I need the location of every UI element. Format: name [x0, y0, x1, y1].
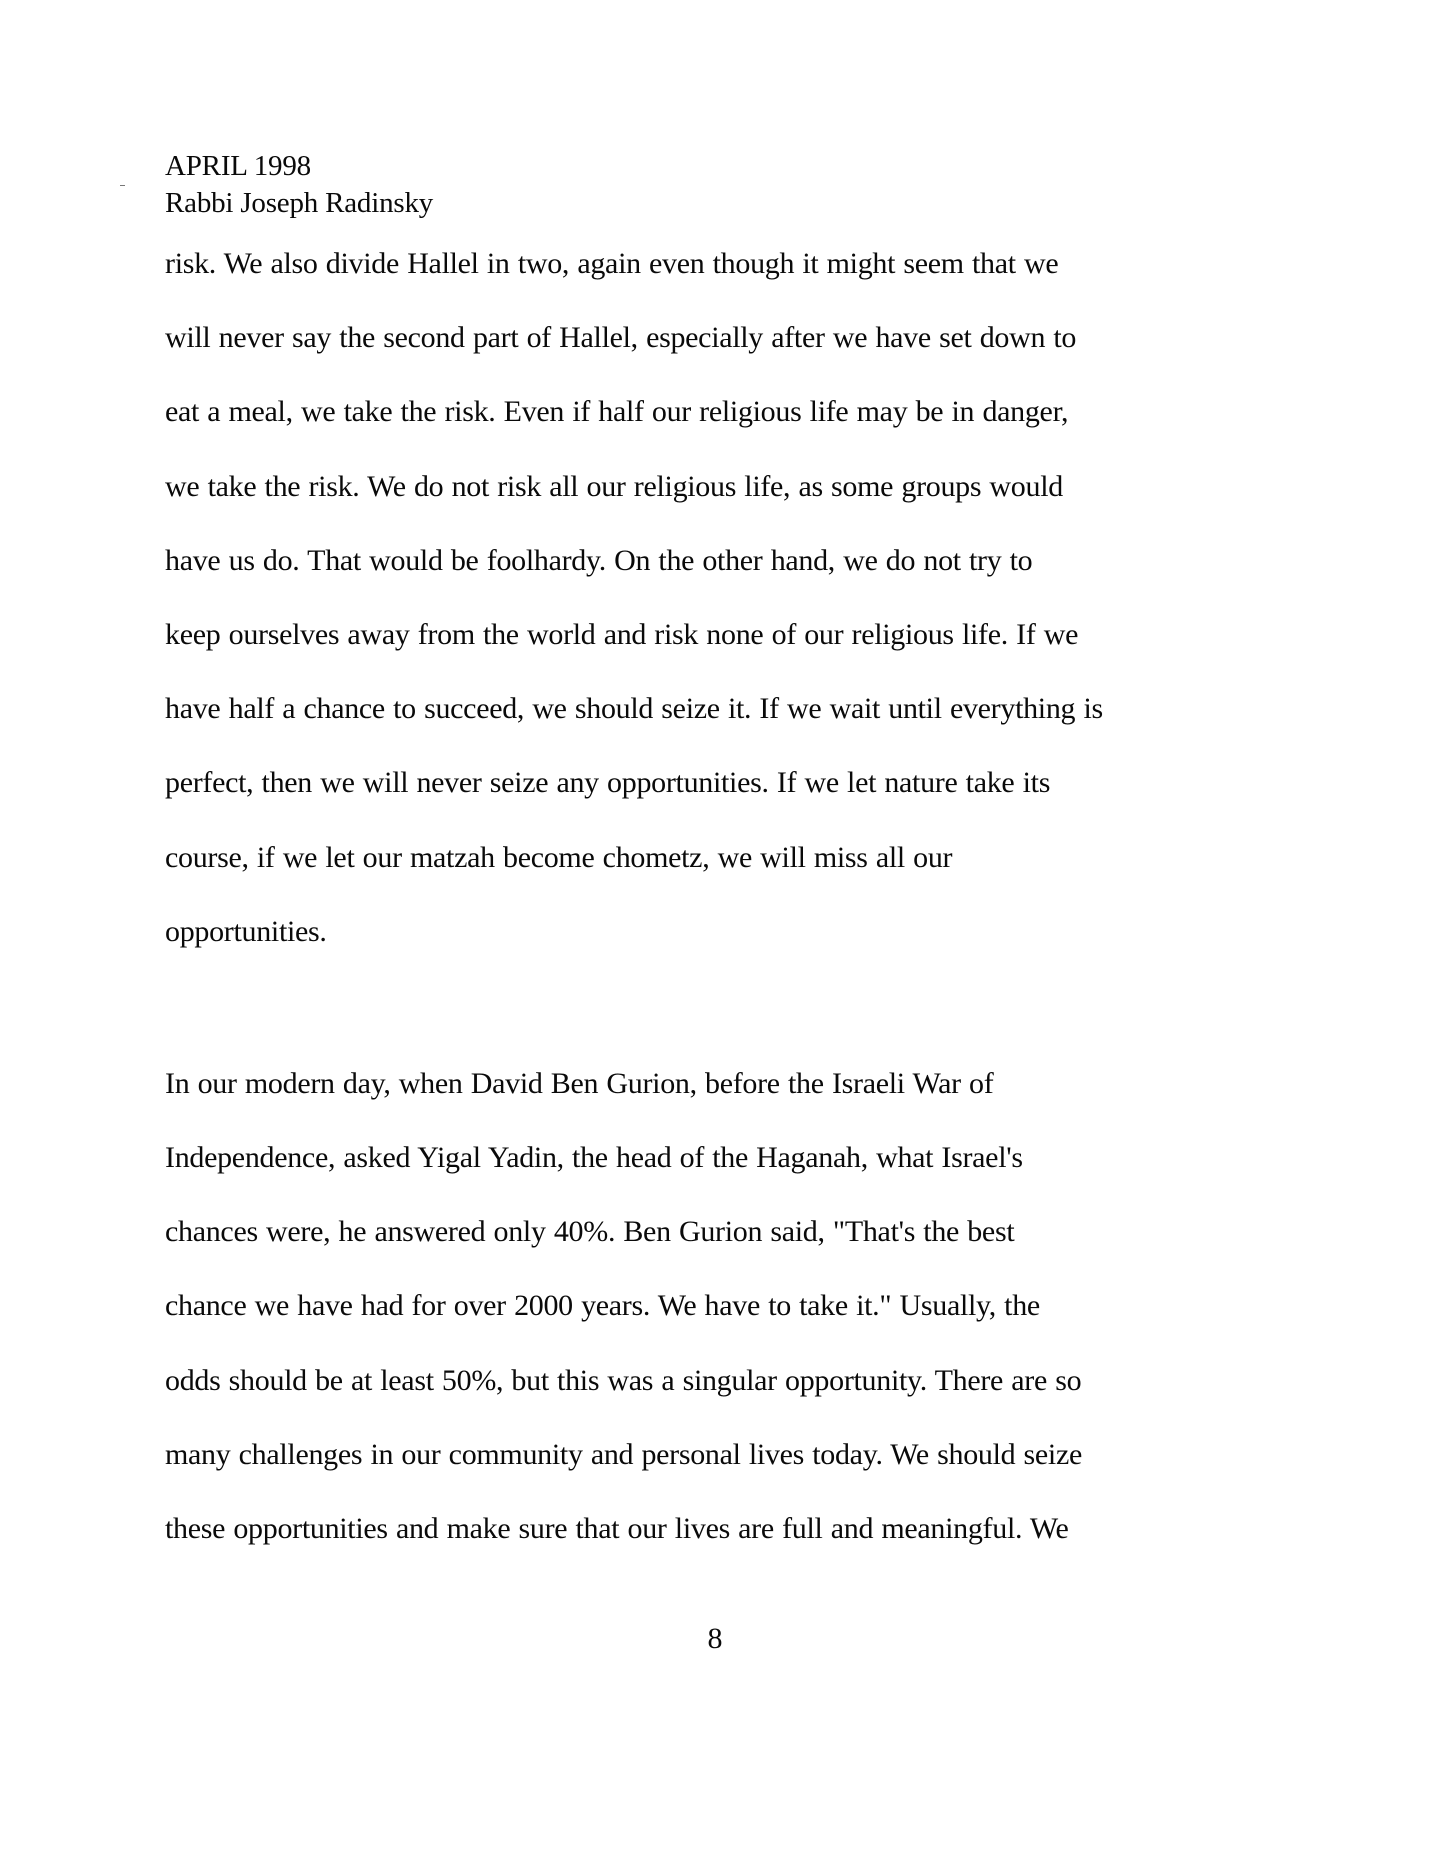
header-date: APRIL 1998	[165, 148, 433, 185]
text-line: we take the risk. We do not risk all our…	[165, 463, 1305, 537]
paragraph-spacer	[165, 982, 1305, 1060]
text-line: Independence, asked Yigal Yadin, the hea…	[165, 1134, 1305, 1208]
document-page: APRIL 1998 Rabbi Joseph Radinsky risk. W…	[0, 0, 1430, 1851]
text-line: chance we have had for over 2000 years. …	[165, 1282, 1305, 1356]
text-line: have us do. That would be foolhardy. On …	[165, 537, 1305, 611]
text-line: odds should be at least 50%, but this wa…	[165, 1357, 1305, 1431]
text-line: will never say the second part of Hallel…	[165, 314, 1305, 388]
text-line: perfect, then we will never seize any op…	[165, 759, 1305, 833]
text-line: have half a chance to succeed, we should…	[165, 685, 1305, 759]
text-line: eat a meal, we take the risk. Even if ha…	[165, 388, 1305, 462]
text-line: risk. We also divide Hallel in two, agai…	[165, 240, 1305, 314]
text-line: many challenges in our community and per…	[165, 1431, 1305, 1505]
text-line: opportunities.	[165, 908, 1305, 982]
page-header: APRIL 1998 Rabbi Joseph Radinsky	[165, 148, 433, 222]
text-line: In our modern day, when David Ben Gurion…	[165, 1060, 1305, 1134]
header-author: Rabbi Joseph Radinsky	[165, 185, 433, 222]
text-line: keep ourselves away from the world and r…	[165, 611, 1305, 685]
text-line: these opportunities and make sure that o…	[165, 1505, 1305, 1579]
paragraph-2: In our modern day, when David Ben Gurion…	[165, 1060, 1305, 1579]
scan-artifact	[120, 185, 125, 186]
paragraph-1: risk. We also divide Hallel in two, agai…	[165, 240, 1305, 982]
text-line: course, if we let our matzah become chom…	[165, 834, 1305, 908]
body-text: risk. We also divide Hallel in two, agai…	[165, 240, 1305, 1579]
page-number: 8	[0, 1622, 1430, 1656]
text-line: chances were, he answered only 40%. Ben …	[165, 1208, 1305, 1282]
